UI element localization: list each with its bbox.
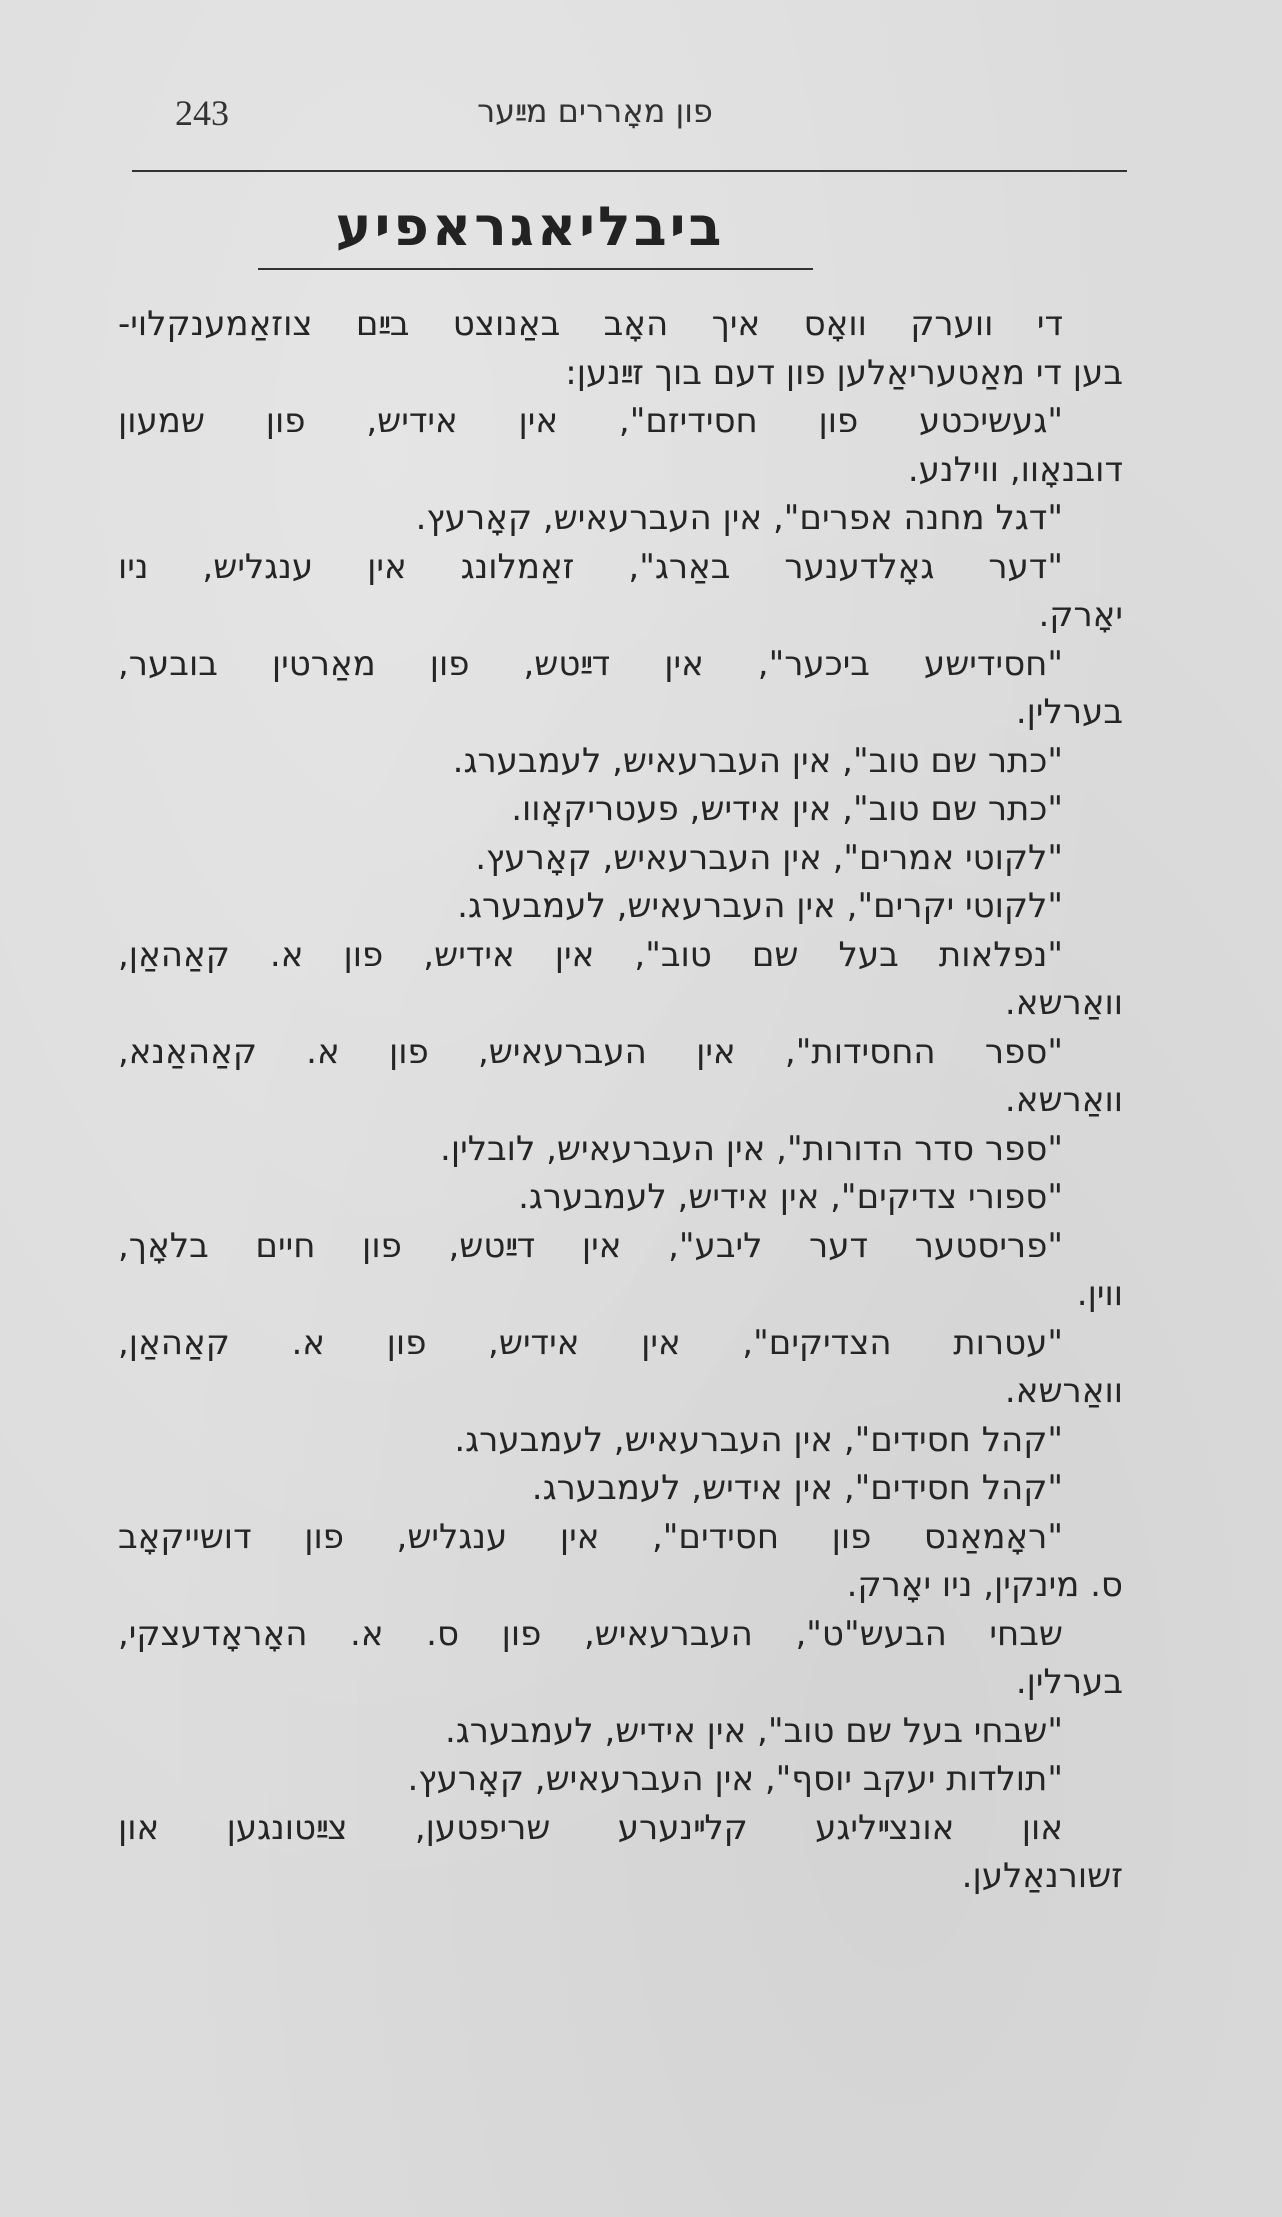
bibliography-line: שבחי הבעש"ט", העברעאיש, פון ס. א. האָראָ… <box>118 1610 1123 1659</box>
bibliography-line: "ספר סדר הדורות", אין העברעאיש, לובלין. <box>118 1125 1123 1174</box>
running-title: פון מאָררים מײַער <box>445 92 745 130</box>
book-page: 243 פון מאָררים מײַער ביבליאגראפיע די וו… <box>0 0 1282 2217</box>
bibliography-line: "לקוטי יקרים", אין העברעאיש, לעמבערג. <box>118 882 1123 931</box>
bibliography-line: דובנאָוו, ווילנע. <box>118 446 1123 495</box>
bibliography-line: "כתר שם טוב", אין אידיש, פעטריקאָוו. <box>118 785 1123 834</box>
running-head: 243 פון מאָררים מײַער <box>135 92 1135 142</box>
bibliography-line: בען די מאַטעריאַלען פון דעם בוך זײַנען: <box>118 349 1123 398</box>
bibliography-line: "דער גאָלדענער באַרג", זאַמלונג אין ענגל… <box>118 543 1123 592</box>
bibliography-line: "ספר החסידות", אין העברעאיש, פון א. קאַה… <box>118 1028 1123 1077</box>
bibliography-line: ווין. <box>118 1270 1123 1319</box>
bibliography-line: "כתר שם טוב", אין העברעאיש, לעמבערג. <box>118 737 1123 786</box>
bibliography-line: "חסידישע ביכער", אין דײַטש, פון מאַרטין … <box>118 640 1123 689</box>
bibliography-line: "קהל חסידים", אין אידיש, לעמבערג. <box>118 1464 1123 1513</box>
bibliography-line: וואַרשא. <box>118 1367 1123 1416</box>
bibliography-line: "ראָמאַנס פון חסידים", אין ענגליש, פון ד… <box>118 1513 1123 1562</box>
bibliography-line: בערלין. <box>118 1658 1123 1707</box>
bibliography-line: "נפלאות בעל שם טוב", אין אידיש, פון א. ק… <box>118 931 1123 980</box>
bibliography-line: בערלין. <box>118 688 1123 737</box>
bibliography-line: און אונצײליגע קלײנערע שריפטען, צײַטונגען… <box>118 1804 1123 1853</box>
bibliography-line: יאָרק. <box>118 591 1123 640</box>
bibliography-line: "עטרות הצדיקים", אין אידיש, פון א. קאַהא… <box>118 1319 1123 1368</box>
title-underline <box>258 268 813 270</box>
bibliography-line: "געשיכטע פון חסידיזם", אין אידיש, פון שמ… <box>118 397 1123 446</box>
bibliography-line: "קהל חסידים", אין העברעאיש, לעמבערג. <box>118 1416 1123 1465</box>
section-title: ביבליאגראפיע <box>260 195 800 258</box>
bibliography-line: "שבחי בעל שם טוב", אין אידיש, לעמבערג. <box>118 1707 1123 1756</box>
bibliography-line: די ווערק וואָס איך האָב באַנוצט בײַם צוז… <box>118 300 1123 349</box>
bibliography-line: וואַרשא. <box>118 979 1123 1028</box>
bibliography-line: "תולדות יעקב יוסף", אין העברעאיש, קאָרעץ… <box>118 1755 1123 1804</box>
bibliography-line: וואַרשא. <box>118 1076 1123 1125</box>
page-number: 243 <box>175 92 229 134</box>
bibliography-line: "לקוטי אמרים", אין העברעאיש, קאָרעץ. <box>118 834 1123 883</box>
bibliography-line: ס. מינקין, ניו יאָרק. <box>118 1561 1123 1610</box>
bibliography-text: די ווערק וואָס איך האָב באַנוצט בײַם צוז… <box>118 300 1123 1901</box>
bibliography-line: "פריסטער דער ליבע", אין דײַטש, פון חיים … <box>118 1222 1123 1271</box>
header-rule <box>132 170 1127 172</box>
bibliography-line: "ספורי צדיקים", אין אידיש, לעמבערג. <box>118 1173 1123 1222</box>
bibliography-line: זשורנאַלען. <box>118 1852 1123 1901</box>
bibliography-line: "דגל מחנה אפרים", אין העברעאיש, קאָרעץ. <box>118 494 1123 543</box>
